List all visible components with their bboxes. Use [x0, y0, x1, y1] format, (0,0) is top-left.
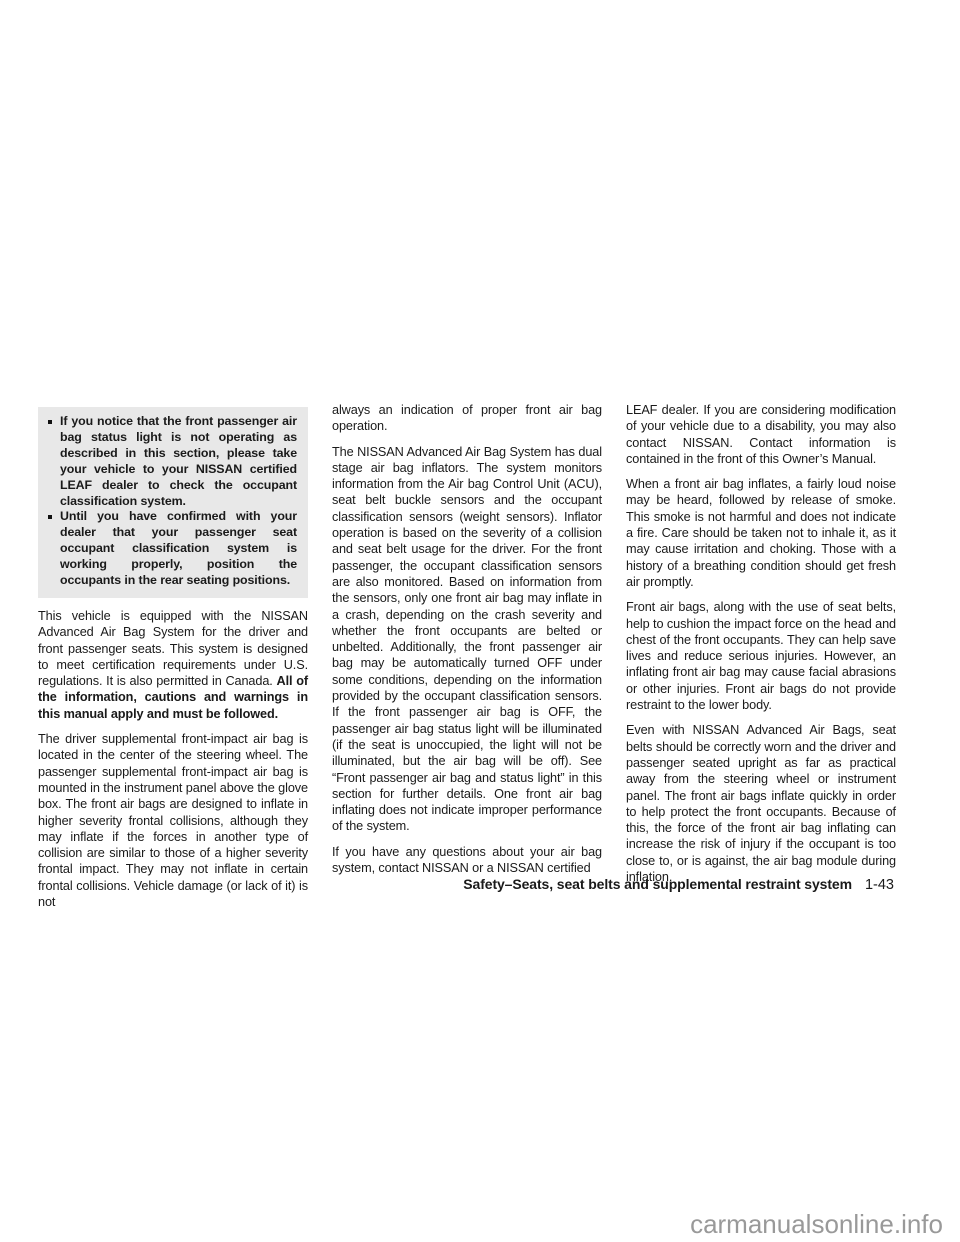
column-middle: always an indication of proper front air…: [332, 402, 602, 910]
paragraph: The driver supplemental front-impact air…: [38, 731, 308, 910]
callout-bullet-item: Until you have confirmed with your deale…: [48, 509, 297, 589]
paragraph: Front air bags, along with the use of se…: [626, 599, 896, 713]
paragraph: Even with NISSAN Advanced Air Bags, seat…: [626, 722, 896, 885]
column-right: LEAF dealer. If you are considering modi…: [626, 402, 896, 910]
warning-callout: If you notice that the front passenger a…: [38, 407, 308, 598]
callout-bullet-text: If you notice that the front passenger a…: [60, 414, 297, 509]
paragraph: This vehicle is equipped with the NISSAN…: [38, 608, 308, 722]
paragraph: If you have any questions about your air…: [332, 844, 602, 877]
paragraph: always an indication of proper front air…: [332, 402, 602, 435]
paragraph: When a front air bag inflates, a fairly …: [626, 476, 896, 590]
watermark-text: carmanualsonline.info: [690, 1209, 943, 1240]
paragraph-text: This vehicle is equipped with the NISSAN…: [38, 609, 308, 688]
paragraph: LEAF dealer. If you are considering modi…: [626, 402, 896, 467]
text-columns: If you notice that the front passenger a…: [38, 402, 895, 910]
callout-bullet-text: Until you have confirmed with your deale…: [60, 509, 297, 589]
square-bullet-icon: [48, 509, 60, 589]
page-footer: Safety–Seats, seat belts and supplementa…: [463, 876, 894, 893]
column-left: If you notice that the front passenger a…: [38, 402, 308, 910]
paragraph: The NISSAN Advanced Air Bag System has d…: [332, 444, 602, 835]
footer-page-number: 1-43: [865, 877, 894, 893]
manual-page: If you notice that the front passenger a…: [0, 0, 960, 1242]
callout-bullet-item: If you notice that the front passenger a…: [48, 414, 297, 509]
footer-section-title: Safety–Seats, seat belts and supplementa…: [463, 876, 852, 892]
square-bullet-icon: [48, 414, 60, 509]
